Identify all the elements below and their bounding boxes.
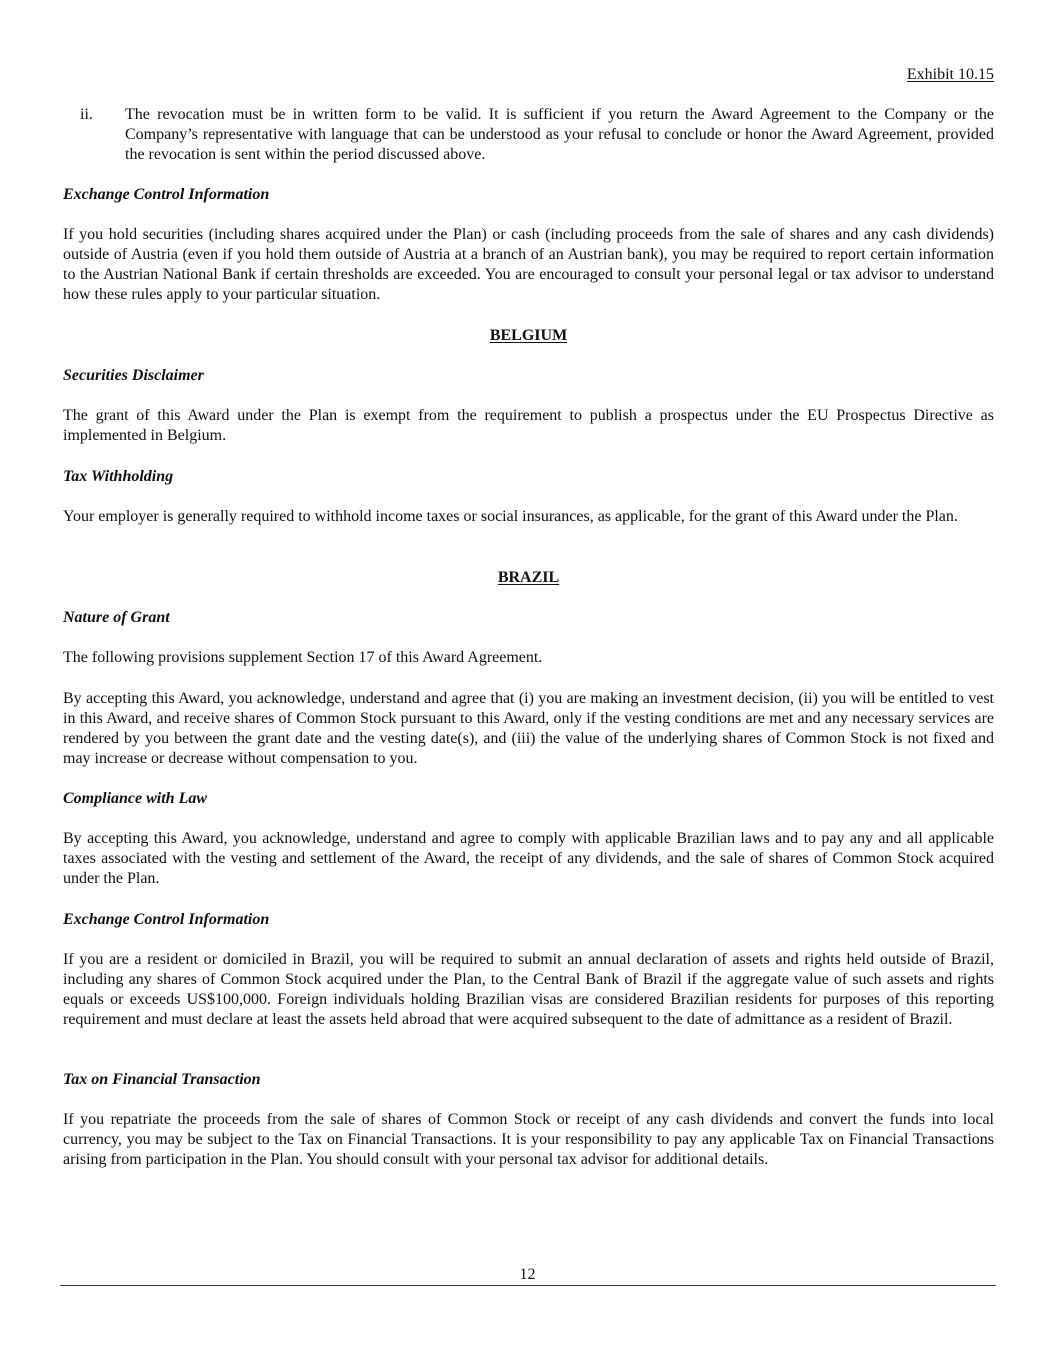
austria-exchange-heading: Exchange Control Information (63, 185, 994, 205)
brazil-compliance-heading: Compliance with Law (63, 789, 994, 809)
page-number: 12 (0, 1265, 1055, 1285)
brazil-nature-text-1: The following provisions supplement Sect… (63, 648, 994, 668)
country-heading-brazil: BRAZIL (63, 568, 994, 588)
brazil-nature-text-2: By accepting this Award, you acknowledge… (63, 689, 994, 769)
brazil-tax-heading: Tax on Financial Transaction (63, 1070, 994, 1090)
brazil-compliance-text: By accepting this Award, you acknowledge… (63, 829, 994, 889)
list-marker: ii. (80, 105, 93, 125)
belgium-tax-heading: Tax Withholding (63, 467, 994, 487)
country-heading-belgium: BELGIUM (63, 326, 994, 346)
brazil-exchange-text: If you are a resident or domiciled in Br… (63, 950, 994, 1030)
brazil-nature-heading: Nature of Grant (63, 608, 994, 628)
belgium-tax-text: Your employer is generally required to w… (63, 507, 994, 527)
footer-divider (60, 1285, 996, 1286)
brazil-exchange-heading: Exchange Control Information (63, 910, 994, 930)
revocation-list-item: ii. The revocation must be in written fo… (63, 105, 994, 165)
exhibit-label: Exhibit 10.15 (907, 65, 994, 85)
belgium-securities-heading: Securities Disclaimer (63, 366, 994, 386)
revocation-text: The revocation must be in written form t… (125, 105, 994, 165)
brazil-tax-text: If you repatriate the proceeds from the … (63, 1110, 994, 1170)
belgium-securities-text: The grant of this Award under the Plan i… (63, 406, 994, 446)
austria-exchange-text: If you hold securities (including shares… (63, 225, 994, 305)
